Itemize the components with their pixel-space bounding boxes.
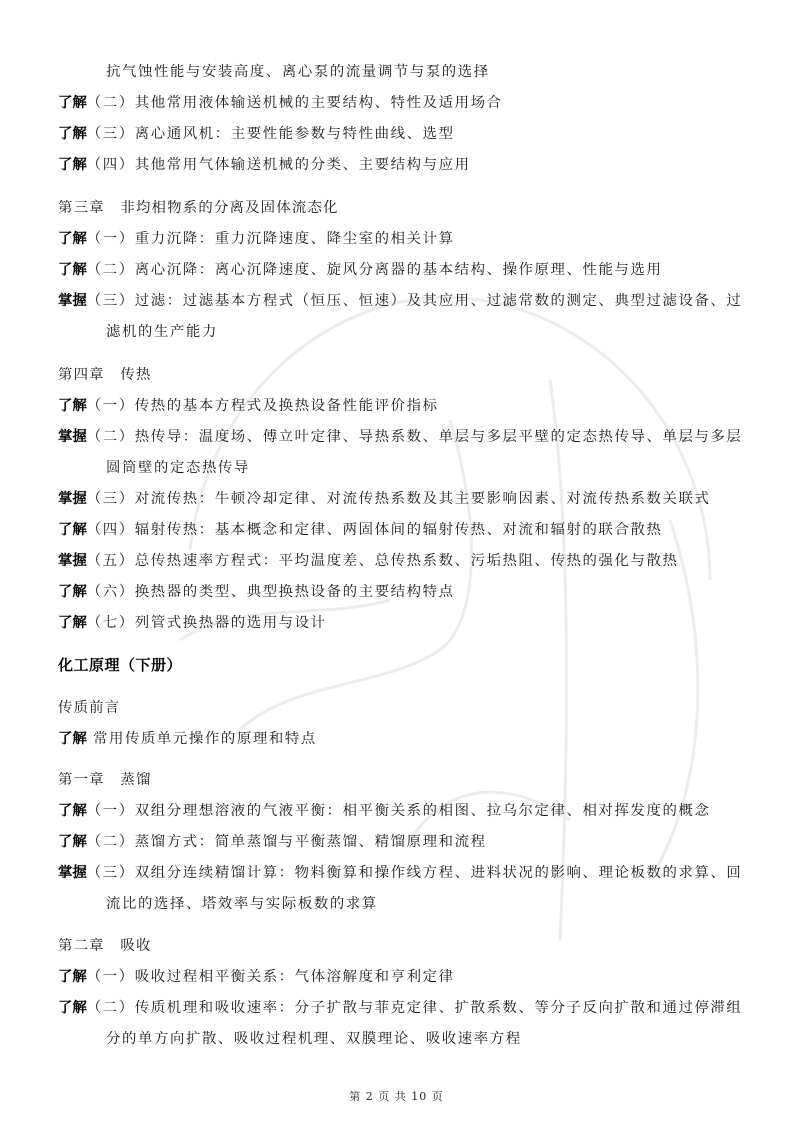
list-item-continuation: 滤机的生产能力 <box>106 322 218 342</box>
chapter-heading: 第二章 吸收 <box>58 936 152 956</box>
chapter-heading: 传质前言 <box>58 698 120 718</box>
document-page: 抗气蚀性能与安装高度、离心泵的流量调节与泵的选择 了解（二）其他常用液体输送机械… <box>0 0 793 1121</box>
list-item: 了解（一）吸收过程相平衡关系：气体溶解度和亨利定律 <box>58 967 455 987</box>
item-text: （三）对流传热：牛顿冷却定律、对流传热系数及其主要影响因素、对流传热系数关联式 <box>87 491 711 507</box>
list-item: 了解（六）换热器的类型、典型换热设备的主要结构特点 <box>58 582 455 602</box>
item-text: （三）离心通风机：主要性能参数与特性曲线、选型 <box>87 126 455 142</box>
level-label: 掌握 <box>58 429 87 445</box>
item-text: （五）总传热速率方程式：平均温度差、总传热系数、污垢热阻、传热的强化与散热 <box>87 553 679 569</box>
level-label: 了解 <box>58 1000 87 1016</box>
list-item: 了解（三）离心通风机：主要性能参数与特性曲线、选型 <box>58 124 455 144</box>
item-text: （二）其他常用液体输送机械的主要结构、特性及适用场合 <box>87 95 503 111</box>
item-text: （一）吸收过程相平衡关系：气体溶解度和亨利定律 <box>87 969 455 985</box>
level-label: 了解 <box>58 522 87 538</box>
level-label: 了解 <box>58 803 87 819</box>
level-label: 了解 <box>58 262 87 278</box>
list-item: 了解（一）传热的基本方程式及换热设备性能评价指标 <box>58 396 439 416</box>
level-label: 了解 <box>58 231 87 247</box>
level-label: 了解 <box>58 126 87 142</box>
list-item: 了解（二）离心沉降：离心沉降速度、旋风分离器的基本结构、操作原理、性能与选用 <box>58 260 662 280</box>
level-label: 了解 <box>58 731 87 747</box>
item-text: （一）重力沉降：重力沉降速度、降尘室的相关计算 <box>87 231 455 247</box>
item-text: 常用传质单元操作的原理和特点 <box>87 731 317 747</box>
level-label: 了解 <box>58 157 87 173</box>
section-title: 化工原理（下册） <box>58 655 182 675</box>
list-item: 掌握（三）过滤：过滤基本方程式（恒压、恒速）及其应用、过滤常数的测定、典型过滤设… <box>58 291 742 311</box>
list-item: 了解（二）蒸馏方式：简单蒸馏与平衡蒸馏、精馏原理和流程 <box>58 832 487 852</box>
item-text: （二）热传导：温度场、傅立叶定律、导热系数、单层与多层平壁的定态热传导、单层与多… <box>87 429 743 445</box>
list-item: 了解（二）其他常用液体输送机械的主要结构、特性及适用场合 <box>58 93 503 113</box>
item-text: （六）换热器的类型、典型换热设备的主要结构特点 <box>87 584 455 600</box>
list-item-continuation: 圆筒壁的定态热传导 <box>106 458 250 478</box>
item-text: （二）蒸馏方式：简单蒸馏与平衡蒸馏、精馏原理和流程 <box>87 834 487 850</box>
list-item: 了解（四）辐射传热：基本概念和定律、两固体间的辐射传热、对流和辐射的联合散热 <box>58 520 662 540</box>
chapter-heading: 第四章 传热 <box>58 365 152 385</box>
item-text: （一）传热的基本方程式及换热设备性能评价指标 <box>87 398 439 414</box>
item-text: （三）过滤：过滤基本方程式（恒压、恒速）及其应用、过滤常数的测定、典型过滤设备、… <box>87 293 743 309</box>
page-number: 第 2 页 共 10 页 <box>0 1088 793 1104</box>
level-label: 了解 <box>58 95 87 111</box>
list-item: 掌握（三）对流传热：牛顿冷却定律、对流传热系数及其主要影响因素、对流传热系数关联… <box>58 489 710 509</box>
chapter-heading: 第三章 非均相物系的分离及固体流态化 <box>58 198 339 218</box>
continuation-line: 抗气蚀性能与安装高度、离心泵的流量调节与泵的选择 <box>106 62 490 82</box>
item-text: （二）离心沉降：离心沉降速度、旋风分离器的基本结构、操作原理、性能与选用 <box>87 262 663 278</box>
level-label: 了解 <box>58 398 87 414</box>
list-item: 掌握（二）热传导：温度场、傅立叶定律、导热系数、单层与多层平壁的定态热传导、单层… <box>58 427 742 447</box>
list-item: 了解（四）其他常用气体输送机械的分类、主要结构与应用 <box>58 155 471 175</box>
item-text: （四）辐射传热：基本概念和定律、两固体间的辐射传热、对流和辐射的联合散热 <box>87 522 663 538</box>
list-item-continuation: 分的单方向扩散、吸收过程机理、双膜理论、吸收速率方程 <box>106 1029 522 1049</box>
item-text: （四）其他常用气体输送机械的分类、主要结构与应用 <box>87 157 471 173</box>
list-item-continuation: 流比的选择、塔效率与实际板数的求算 <box>106 894 378 914</box>
level-label: 了解 <box>58 834 87 850</box>
chapter-heading: 第一章 蒸馏 <box>58 770 152 790</box>
level-label: 掌握 <box>58 553 87 569</box>
list-item: 掌握（五）总传热速率方程式：平均温度差、总传热系数、污垢热阻、传热的强化与散热 <box>58 551 678 571</box>
level-label: 了解 <box>58 969 87 985</box>
level-label: 掌握 <box>58 293 87 309</box>
list-item: 了解 常用传质单元操作的原理和特点 <box>58 729 317 749</box>
level-label: 了解 <box>58 615 87 631</box>
list-item: 了解（二）传质机理和吸收速率：分子扩散与菲克定律、扩散系数、等分子反向扩散和通过… <box>58 998 742 1018</box>
list-item: 了解（一）重力沉降：重力沉降速度、降尘室的相关计算 <box>58 229 455 249</box>
list-item: 了解（七）列管式换热器的选用与设计 <box>58 613 327 633</box>
level-label: 了解 <box>58 584 87 600</box>
item-text: （一）双组分理想溶液的气液平衡：相平衡关系的相图、拉乌尔定律、相对挥发度的概念 <box>87 803 711 819</box>
item-text: （二）传质机理和吸收速率：分子扩散与菲克定律、扩散系数、等分子反向扩散和通过停滞… <box>87 1000 743 1016</box>
level-label: 掌握 <box>58 491 87 507</box>
list-item: 了解（一）双组分理想溶液的气液平衡：相平衡关系的相图、拉乌尔定律、相对挥发度的概… <box>58 801 710 821</box>
level-label: 掌握 <box>58 865 87 881</box>
list-item: 掌握（三）双组分连续精馏计算：物料衡算和操作线方程、进料状况的影响、理论板数的求… <box>58 863 742 883</box>
item-text: （三）双组分连续精馏计算：物料衡算和操作线方程、进料状况的影响、理论板数的求算、… <box>87 865 743 881</box>
item-text: （七）列管式换热器的选用与设计 <box>87 615 327 631</box>
